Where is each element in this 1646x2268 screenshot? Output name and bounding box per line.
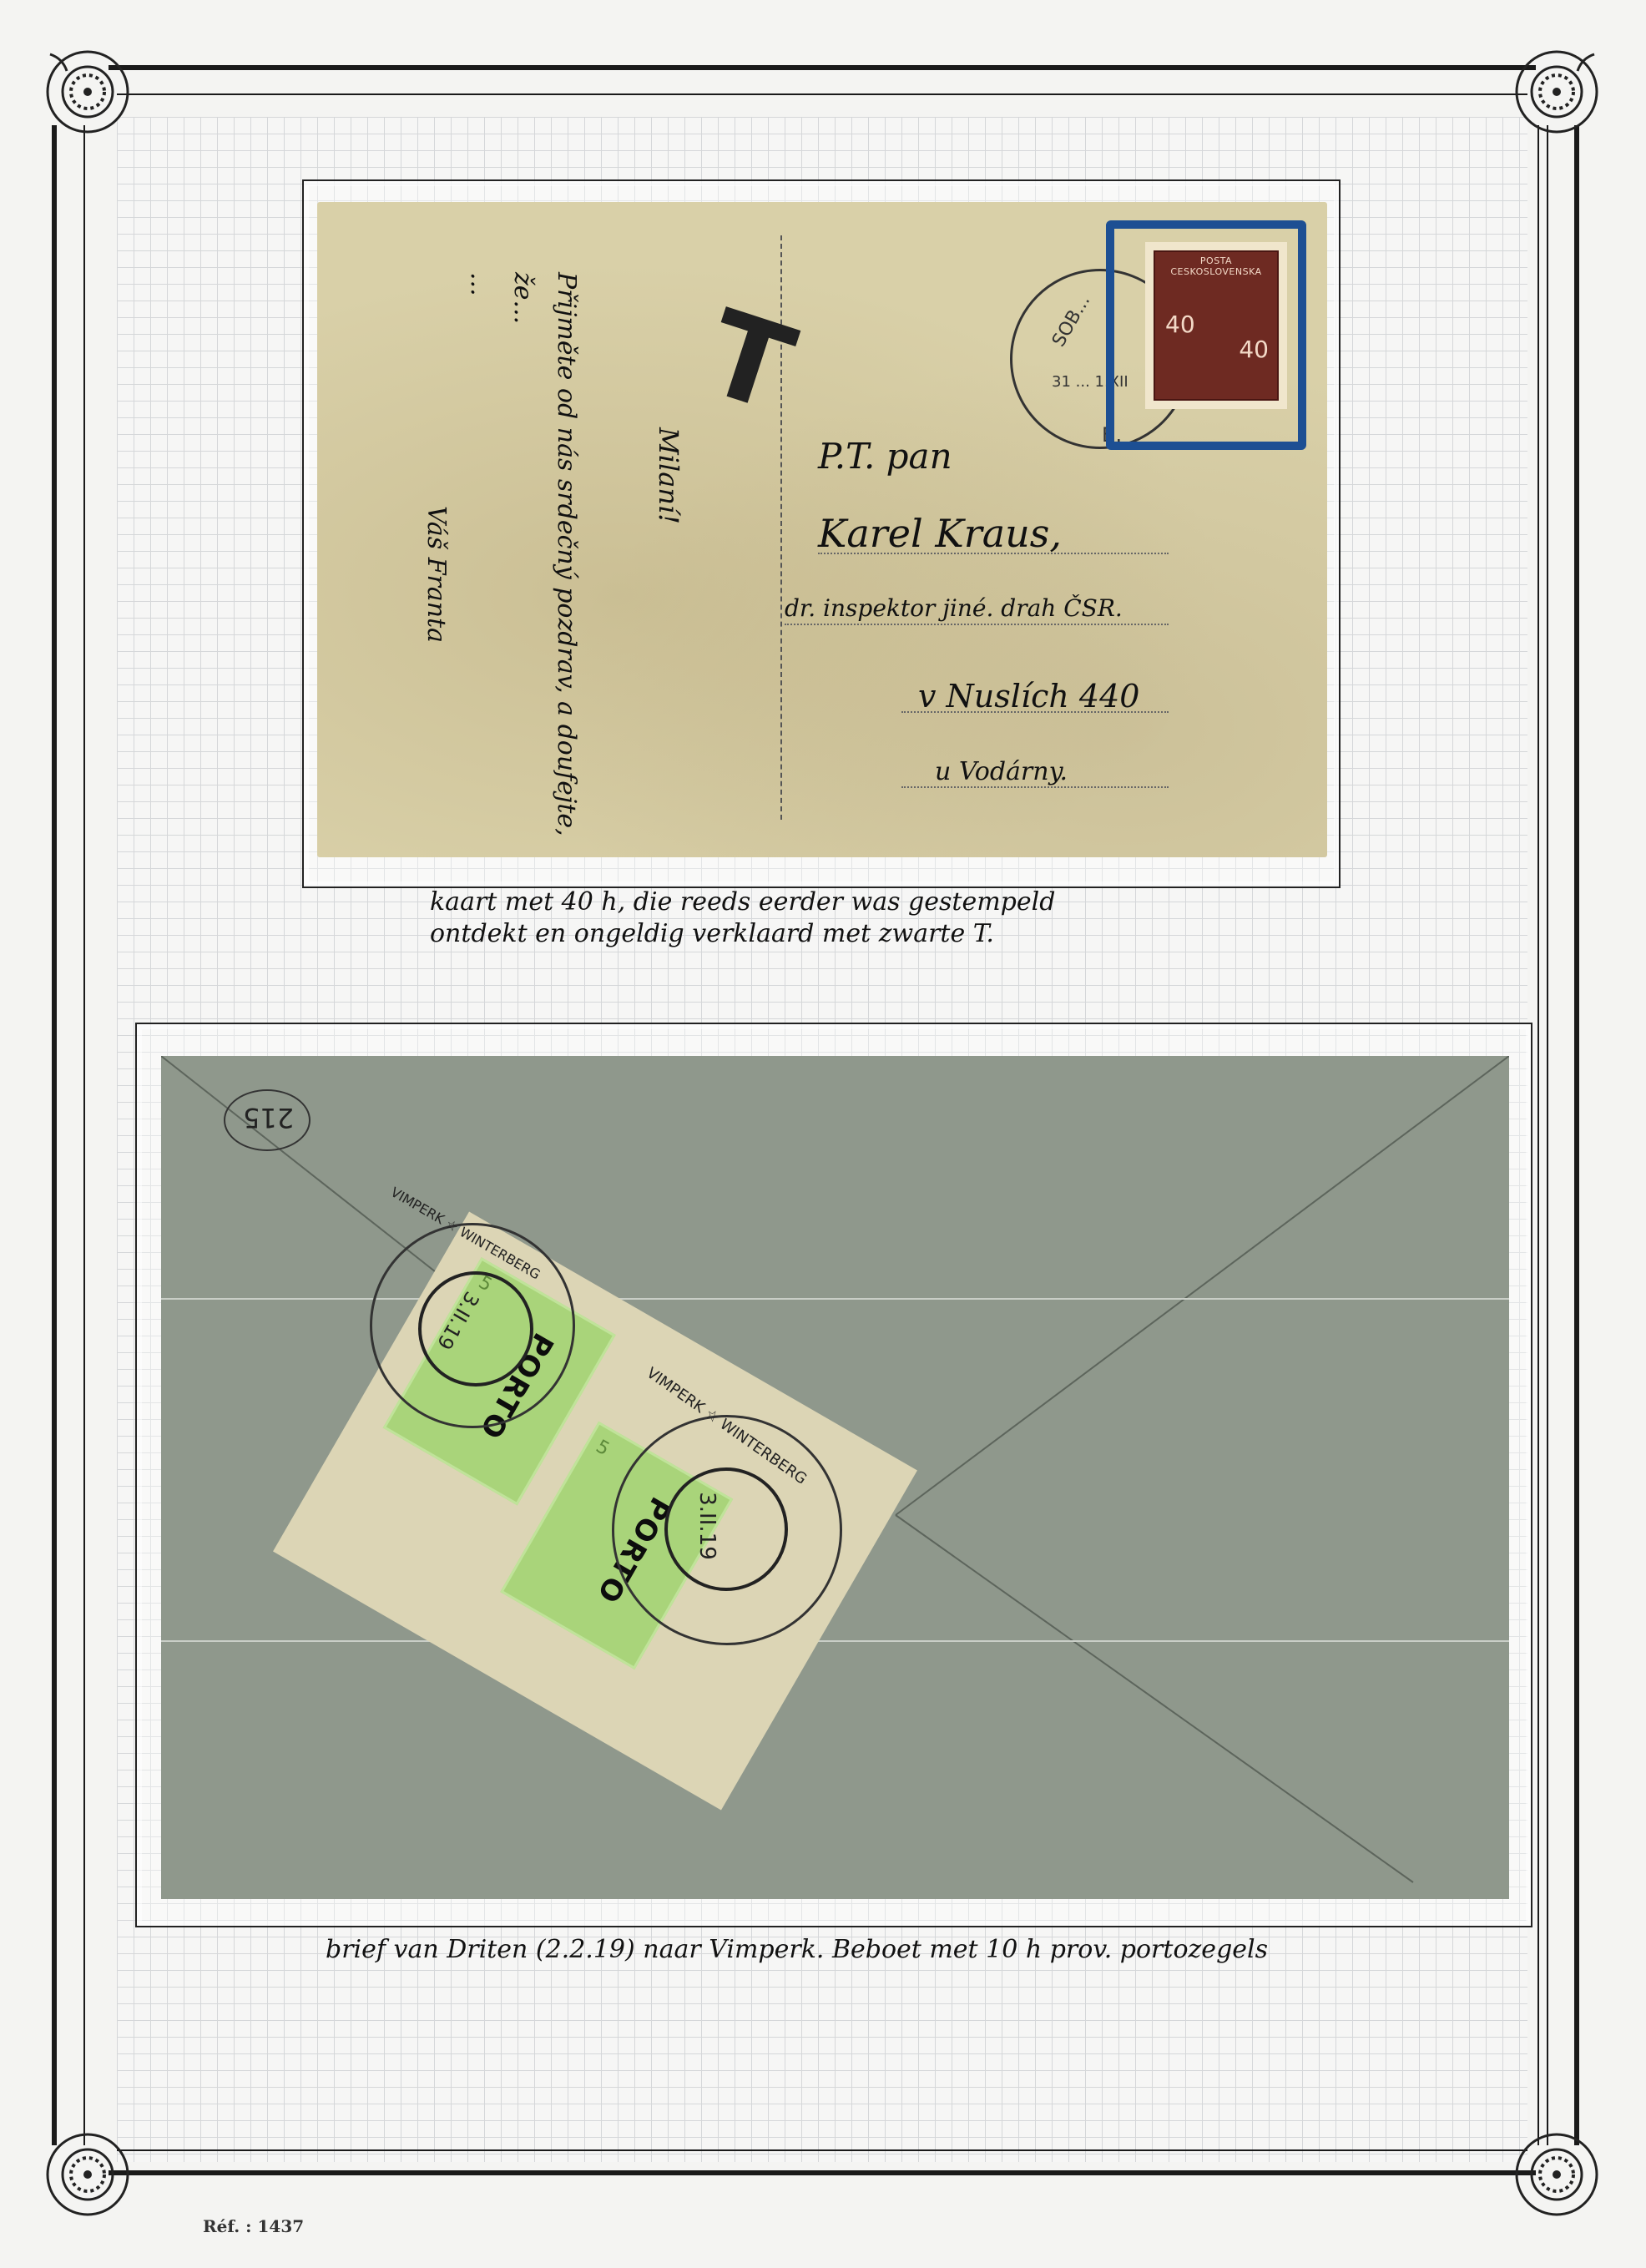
message-line: že... bbox=[501, 272, 544, 856]
ornament-corner-top-left bbox=[33, 38, 142, 146]
caption-envelope: brief van Driten (2.2.19) naar Vimperk. … bbox=[326, 1935, 1268, 1964]
stamp-country-text: POSTA CESKOSLOVENSKA bbox=[1155, 255, 1277, 277]
frame-top-line bbox=[109, 65, 1536, 70]
caption-line: kaart met 40 h, die reeds eerder was ges… bbox=[430, 886, 1055, 918]
sleeve-line bbox=[161, 1640, 1509, 1642]
ornament-corner-bottom-right bbox=[1502, 2120, 1611, 2229]
postmark-vimperk-1: 3.II.19 VIMPERK ☆ WINTERBERG bbox=[370, 1223, 575, 1428]
address-dotted-line bbox=[785, 624, 1169, 625]
stamp-value-left: 40 bbox=[1165, 311, 1195, 338]
sleeve-line bbox=[161, 1298, 1509, 1300]
frame-bottom-line bbox=[109, 2170, 1536, 2175]
message-line: ... bbox=[457, 272, 501, 856]
address-line-5: u Vodárny. bbox=[935, 757, 1068, 786]
envelope-back[interactable]: 215 PORTO 5 PORTO 5 3.II.19 VIMPERK ☆ WI… bbox=[161, 1056, 1509, 1899]
stamp-value: 5 bbox=[592, 1436, 613, 1460]
message-signature: Váš Franta bbox=[414, 272, 457, 856]
address-dotted-line bbox=[901, 711, 1169, 713]
caption-postcard: kaart met 40 h, die reeds eerder was ges… bbox=[430, 886, 1055, 950]
tax-mark-T: T bbox=[690, 285, 808, 439]
address-line-3: dr. inspektor jiné. drah ČSR. bbox=[785, 594, 1123, 622]
frame-top-inner-line bbox=[117, 93, 1527, 95]
frame-bottom-inner-line bbox=[117, 2149, 1527, 2151]
postmark-vimperk-2: 3.II.19 VIMPERK ☆ WINTERBERG bbox=[612, 1415, 842, 1645]
page-reference: Réf. : 1437 bbox=[203, 2216, 304, 2236]
address-line-2: Karel Kraus, bbox=[818, 511, 1062, 556]
message-line: Přijměte od nás srdečný pozdrav, a doufe… bbox=[544, 272, 588, 856]
ornament-corner-top-right bbox=[1502, 38, 1611, 146]
stamp-40h[interactable]: POSTA CESKOSLOVENSKA 40 40 bbox=[1145, 242, 1287, 409]
stamp-40h-design: POSTA CESKOSLOVENSKA 40 40 bbox=[1154, 250, 1279, 401]
message-greeting: Milaní! bbox=[653, 427, 684, 524]
address-dotted-line bbox=[818, 553, 1169, 554]
address-line-1: P.T. pan bbox=[818, 436, 952, 477]
caption-line: ontdekt en ongeldig verklaard met zwarte… bbox=[430, 918, 1055, 950]
postmark-inner-ring bbox=[418, 1271, 533, 1387]
address-line-4: v Nuslích 440 bbox=[918, 678, 1139, 715]
frame-left-line bbox=[52, 125, 57, 2145]
postcard-message: Přijměte od nás srdečný pozdrav, a doufe… bbox=[414, 272, 588, 856]
ornament-corner-bottom-left bbox=[33, 2120, 142, 2229]
postmark-inner-ring bbox=[664, 1467, 788, 1591]
frame-left-inner-line bbox=[83, 125, 85, 2145]
postcard[interactable]: Přijměte od nás srdečný pozdrav, a doufe… bbox=[317, 202, 1327, 857]
frame-right-inner-line-2 bbox=[1537, 125, 1539, 2145]
postmark-date: 3.II.19 bbox=[694, 1492, 719, 1560]
stamp-value-right: 40 bbox=[1239, 336, 1269, 363]
frame-right-line bbox=[1574, 125, 1579, 2145]
address-dotted-line bbox=[901, 786, 1169, 788]
frame-right-inner-line bbox=[1547, 125, 1548, 2145]
pencil-note: 215 bbox=[243, 1102, 294, 1134]
